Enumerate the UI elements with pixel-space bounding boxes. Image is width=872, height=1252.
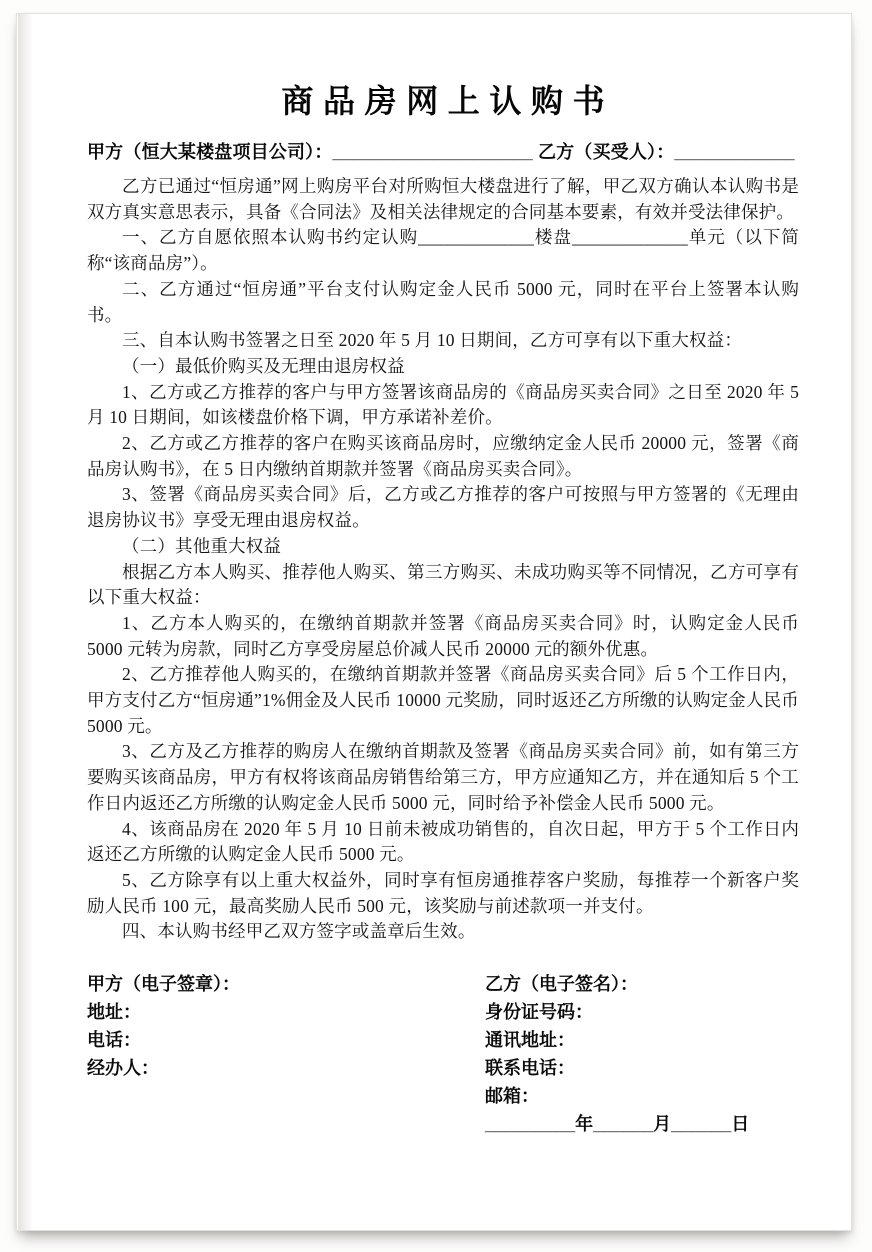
paragraph: 3、乙方及乙方推荐的购房人在缴纳首期款及签署《商品房买卖合同》前，如有第三方要购… bbox=[87, 739, 799, 816]
party-b-blank-field: ____________ bbox=[674, 142, 794, 162]
signature-label: 通讯地址： bbox=[485, 1031, 799, 1050]
signature-party-b-labels: 乙方（电子签名）：身份证号码：通讯地址：联系电话：邮箱： bbox=[485, 975, 799, 1106]
paragraph: （二）其他重大权益 bbox=[87, 534, 799, 560]
paragraph: 乙方已通过“恒房通”网上购房平台对所购恒大楼盘进行了解，甲乙双方确认本认购书是双… bbox=[87, 174, 799, 225]
paragraph: 二、乙方通过“恒房通”平台支付认购定金人民币 5000 元，同时在平台上签署本认… bbox=[87, 277, 799, 328]
document-body: 乙方已通过“恒房通”网上购房平台对所购恒大楼盘进行了解，甲乙双方确认本认购书是双… bbox=[87, 174, 799, 945]
party-a-blank-field: ____________________ bbox=[333, 142, 533, 162]
signature-label: 甲方（电子签章）： bbox=[87, 975, 485, 994]
paragraph: 5、乙方除享有以上重大权益外，同时享有恒房通推荐客户奖励，每推荐一个新客户奖励人… bbox=[87, 868, 799, 919]
paragraph: 根据乙方本人购买、推荐他人购买、第三方购买、未成功购买等不同情况，乙方可享有以下… bbox=[87, 560, 799, 611]
signature-label: 身份证号码： bbox=[485, 1003, 799, 1022]
scanned-document: 商品房网上认购书 甲方（恒大某楼盘项目公司）：_________________… bbox=[0, 0, 872, 1252]
paragraph: 3、签署《商品房买卖合同》后，乙方或乙方推荐的客户可按照与甲方签署的《无理由退房… bbox=[87, 482, 799, 533]
paragraph: 1、乙方本人购买的，在缴纳首期款并签署《商品房买卖合同》时，认购定金人民币 50… bbox=[87, 611, 799, 662]
signature-block: 甲方（电子签章）：地址：电话：经办人： 乙方（电子签名）：身份证号码：通讯地址：… bbox=[87, 975, 799, 1143]
signature-party-a: 甲方（电子签章）：地址：电话：经办人： bbox=[87, 975, 485, 1143]
paragraph: 2、乙方推荐他人购买的，在缴纳首期款并签署《商品房买卖合同》后 5 个工作日内，… bbox=[87, 662, 799, 739]
paragraph: 2、乙方或乙方推荐的客户在购买该商品房时，应缴纳定金人民币 20000 元，签署… bbox=[87, 431, 799, 482]
paragraph: 三、自本认购书签署之日至 2020 年 5 月 10 日期间，乙方可享有以下重大… bbox=[87, 328, 799, 354]
signature-label: 邮箱： bbox=[485, 1087, 799, 1106]
signature-label: 经办人： bbox=[87, 1059, 485, 1078]
signature-label: 地址： bbox=[87, 1003, 485, 1022]
paragraph: 1、乙方或乙方推荐的客户与甲方签署该商品房的《商品房买卖合同》之日至 2020 … bbox=[87, 380, 799, 431]
paragraph: 四、本认购书经甲乙双方签字或盖章后生效。 bbox=[87, 919, 799, 945]
document-title: 商品房网上认购书 bbox=[87, 76, 799, 122]
signature-party-b: 乙方（电子签名）：身份证号码：通讯地址：联系电话：邮箱： _________年_… bbox=[485, 975, 799, 1143]
paragraph: 一、乙方自愿依照本认购书约定认购_____________楼盘_________… bbox=[87, 225, 799, 276]
signature-label: 联系电话： bbox=[485, 1059, 799, 1078]
date-line: _________年______月______日 bbox=[485, 1115, 799, 1134]
party-a-label: 甲方（恒大某楼盘项目公司）： bbox=[87, 142, 333, 162]
paragraph: 4、该商品房在 2020 年 5 月 10 日前未被成功销售的，自次日起，甲方于… bbox=[87, 817, 799, 868]
document-page: 商品房网上认购书 甲方（恒大某楼盘项目公司）：_________________… bbox=[16, 13, 852, 1231]
party-line: 甲方（恒大某楼盘项目公司）：____________________ 乙方（买受… bbox=[87, 138, 799, 164]
signature-label: 乙方（电子签名）： bbox=[485, 975, 799, 994]
signature-label: 电话： bbox=[87, 1031, 485, 1050]
party-b-label: 乙方（买受人）： bbox=[538, 142, 674, 162]
paragraph: （一）最低价购买及无理由退房权益 bbox=[87, 354, 799, 380]
